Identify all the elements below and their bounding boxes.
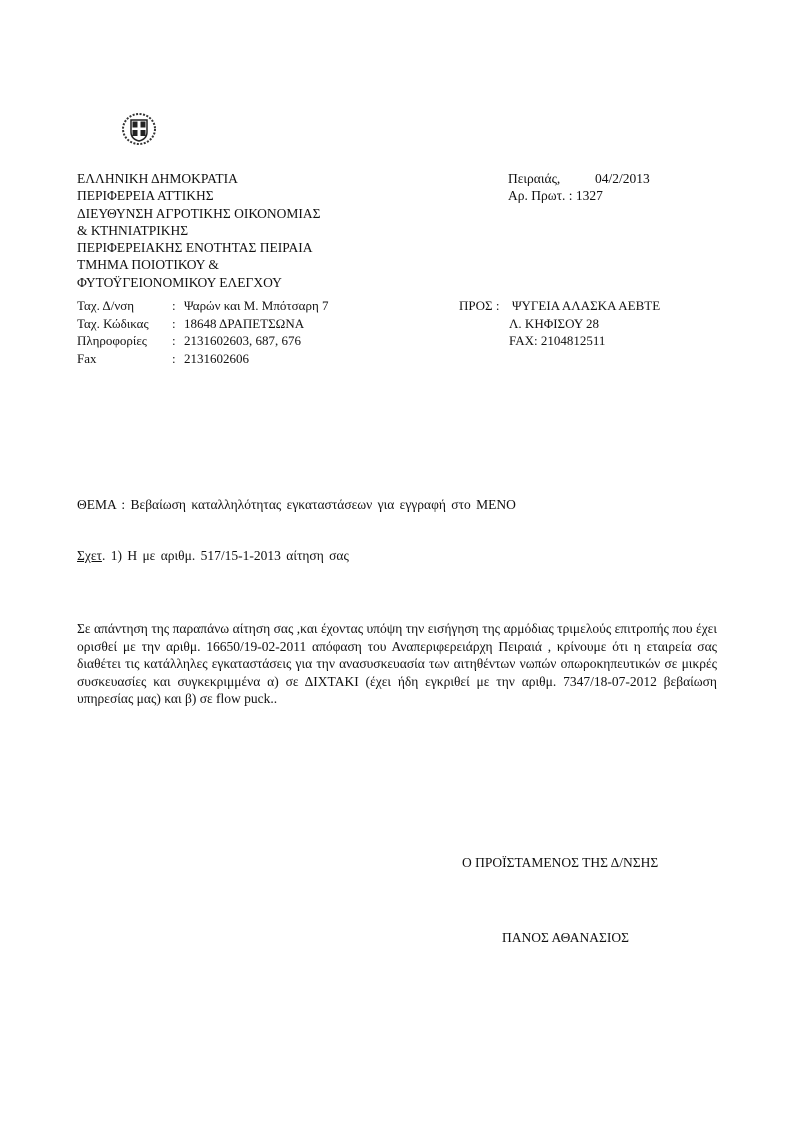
recipient-block: ΠΡΟΣ : ΨΥΓΕΙΑ ΑΛΑΣΚΑ ΑΕΒΤΕ Λ. ΚΗΦΙΣΟΥ 28… bbox=[459, 297, 660, 350]
subject-label: ΘΕΜΑ : bbox=[77, 497, 125, 512]
sender-address: Ταχ. Δ/νση : Ψαρών και Μ. Μπότσαρη 7 Ταχ… bbox=[77, 297, 329, 367]
issuer-line: & ΚΤΗΝΙΑΤΡΙΚΗΣ bbox=[77, 222, 321, 239]
issuer-line: ΤΜΗΜΑ ΠΟΙΟΤΙΚΟΥ & bbox=[77, 256, 321, 273]
address-row: Πληροφορίες : 2131602603, 687, 676 bbox=[77, 332, 329, 350]
letter-body: Σε απάντηση της παραπάνω αίτηση σας ,και… bbox=[77, 620, 717, 708]
issuer-header: ΕΛΛΗΝΙΚΗ ΔΗΜΟΚΡΑΤΙΑ ΠΕΡΙΦΕΡΕΙΑ ΑΤΤΙΚΗΣ Δ… bbox=[77, 170, 321, 291]
coat-of-arms-icon bbox=[121, 112, 157, 146]
address-value: 2131602603, 687, 676 bbox=[184, 332, 301, 350]
address-label: Fax bbox=[77, 350, 172, 368]
recipient-label: ΠΡΟΣ : bbox=[459, 298, 499, 313]
signature-name: ΠΑΝΟΣ ΑΘΑΝΑΣΙΟΣ bbox=[502, 930, 629, 946]
issuer-line: ΦΥΤΟΫΓΕΙΟΝΟΜΙΚΟΥ ΕΛΕΓΧΟΥ bbox=[77, 274, 321, 291]
reference-label: Σχετ bbox=[77, 548, 102, 563]
reference-text: . 1) Η με αριθμ. 517/15-1-2013 αίτηση σα… bbox=[102, 548, 349, 563]
issuer-line: ΠΕΡΙΦΕΡΕΙΑΚΗΣ ΕΝΟΤΗΤΑΣ ΠΕΙΡΑΙΑ bbox=[77, 239, 321, 256]
issuer-line: ΠΕΡΙΦΕΡΕΙΑ ΑΤΤΙΚΗΣ bbox=[77, 187, 321, 204]
subject-text: Βεβαίωση καταλληλότητας εγκαταστάσεων γι… bbox=[131, 497, 516, 512]
place-date-block: Πειραιάς, 04/2/2013 Αρ. Πρωτ. : 1327 bbox=[508, 170, 650, 205]
signature-title: Ο ΠΡΟΪΣΤΑΜΕΝΟΣ ΤΗΣ Δ/ΝΣΗΣ bbox=[462, 855, 658, 871]
address-value: Ψαρών και Μ. Μπότσαρη 7 bbox=[184, 297, 329, 315]
protocol-number: 1327 bbox=[576, 188, 603, 203]
separator: : bbox=[172, 350, 184, 368]
date: 04/2/2013 bbox=[595, 171, 650, 186]
address-row: Ταχ. Δ/νση : Ψαρών και Μ. Μπότσαρη 7 bbox=[77, 297, 329, 315]
address-value: 18648 ΔΡΑΠΕΤΣΩΝΑ bbox=[184, 315, 304, 333]
recipient-name: ΨΥΓΕΙΑ ΑΛΑΣΚΑ ΑΕΒΤΕ bbox=[512, 298, 660, 313]
address-row: Fax : 2131602606 bbox=[77, 350, 329, 368]
protocol-label: Αρ. Πρωτ. : bbox=[508, 188, 573, 203]
issuer-line: ΕΛΛΗΝΙΚΗ ΔΗΜΟΚΡΑΤΙΑ bbox=[77, 170, 321, 187]
address-value: 2131602606 bbox=[184, 350, 249, 368]
separator: : bbox=[172, 297, 184, 315]
recipient-fax: FAX: 2104812511 bbox=[459, 332, 660, 350]
reference-line: Σχετ. 1) Η με αριθμ. 517/15-1-2013 αίτησ… bbox=[77, 548, 349, 564]
address-row: Ταχ. Κώδικας : 18648 ΔΡΑΠΕΤΣΩΝΑ bbox=[77, 315, 329, 333]
recipient-address: Λ. ΚΗΦΙΣΟΥ 28 bbox=[459, 315, 660, 333]
address-label: Πληροφορίες bbox=[77, 332, 172, 350]
subject-line: ΘΕΜΑ : Βεβαίωση καταλληλότητας εγκαταστά… bbox=[77, 497, 516, 513]
address-label: Ταχ. Κώδικας bbox=[77, 315, 172, 333]
separator: : bbox=[172, 332, 184, 350]
place: Πειραιάς, bbox=[508, 171, 560, 186]
separator: : bbox=[172, 315, 184, 333]
address-label: Ταχ. Δ/νση bbox=[77, 297, 172, 315]
issuer-line: ΔΙΕΥΘΥΝΣΗ ΑΓΡΟΤΙΚΗΣ ΟΙΚΟΝΟΜΙΑΣ bbox=[77, 205, 321, 222]
